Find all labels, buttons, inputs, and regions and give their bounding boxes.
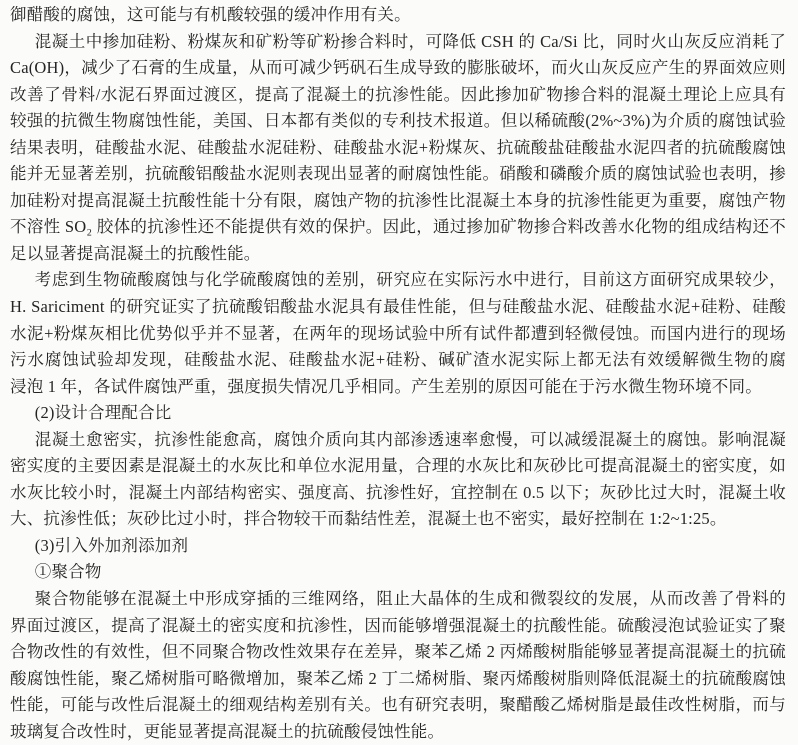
text-line: (3)引入外加剂添加剂 [10, 533, 786, 560]
text-line: 足以显著提高混凝土的抗酸性能。 [10, 241, 786, 268]
text-line: 加硅粉对提高混凝土抗酸性能十分有限，腐蚀产物的抗渗性比混凝土本身的抗渗性能更为重… [10, 188, 786, 215]
text-line: 性能，可能与改性后混凝土的细观结构差别有关。也有研究表明，聚醋酸乙烯树脂是最佳改… [10, 692, 786, 719]
text-line: 密实度的主要因素是混凝土的水灰比和单位水泥用量，合理的水灰比和灰砂比可提高混凝土… [10, 453, 786, 480]
text-line: 聚合物能够在混凝土中形成穿插的三维网络，阻止大晶体的生成和微裂纹的发展，从而改善… [10, 586, 786, 613]
text-line: 考虑到生物硫酸腐蚀与化学硫酸腐蚀的差别，研究应在实际污水中进行，目前这方面研究成… [10, 267, 786, 294]
text-line: ①聚合物 [10, 559, 786, 586]
scanned-document-page: 御醋酸的腐蚀，这可能与有机酸较强的缓冲作用有关。混凝土中掺加硅粉、粉煤灰和矿粉等… [0, 0, 798, 745]
text-line: 不溶性 SO₂ 胶体的抗渗性还不能提供有效的保护。因此，通过掺加矿物掺合料改善水… [10, 214, 786, 241]
text-line: 改善了骨料/水泥石界面过渡区，提高了混凝土的抗渗性能。因此掺加矿物掺合料的混凝土… [10, 82, 786, 109]
text-line: 界面过渡区，提高了混凝土的密实度和抗渗性，因而能够增强混凝土的抗酸性能。硫酸浸泡… [10, 613, 786, 640]
text-line: 酸腐蚀性能，聚乙烯树脂可略微增加，聚苯乙烯 2 丁二烯树脂、聚丙烯酸树脂则降低混… [10, 666, 786, 693]
text-line: 水泥+粉煤灰相比优势似乎并不显著，在两年的现场试验中所有试件都遭到轻微侵蚀。而国… [10, 321, 786, 348]
document-body-text: 御醋酸的腐蚀，这可能与有机酸较强的缓冲作用有关。混凝土中掺加硅粉、粉煤灰和矿粉等… [0, 0, 798, 745]
text-line: 结果表明，硅酸盐水泥、硅酸盐水泥硅粉、硅酸盐水泥+粉煤灰、抗硫酸盐硅酸盐水泥四者… [10, 135, 786, 162]
text-line: 混凝土愈密实，抗渗性能愈高，腐蚀介质向其内部渗透速率愈慢，可以减缓混凝土的腐蚀。… [10, 427, 786, 454]
text-line: 玻璃复合改性时，更能显著提高混凝土的抗硫酸侵蚀性能。 [10, 719, 786, 745]
text-line: 水灰比较小时，混凝土内部结构密实、强度高、抗渗性好，宜控制在 0.5 以下；灰砂… [10, 480, 786, 507]
text-line: (2)设计合理配合比 [10, 400, 786, 427]
text-line: 污水腐蚀试验却发现，硅酸盐水泥、硅酸盐水泥+硅粉、碱矿渣水泥实际上都无法有效缓解… [10, 347, 786, 374]
text-line: 大、抗渗性低；灰砂比过小时，拌合物较干而黏结性差，混凝土也不密实，最好控制在 1… [10, 506, 786, 533]
text-line: 合物改性的有效性，但不同聚合物改性效果存在差异，聚苯乙烯 2 丙烯酸树脂能够显著… [10, 639, 786, 666]
text-line: 能并无显著差别，抗硫酸铝酸盐水泥则表现出显著的耐腐蚀性能。硝酸和磷酸介质的腐蚀试… [10, 161, 786, 188]
text-line: 较强的抗微生物腐蚀性能，美国、日本都有类似的专利技术报道。但以稀硫酸(2%~3%… [10, 108, 786, 135]
text-line: 浸泡 1 年，各试件腐蚀严重，强度损失情况几乎相同。产生差别的原因可能在于污水微… [10, 374, 786, 401]
text-line: 混凝土中掺加硅粉、粉煤灰和矿粉等矿粉掺合料时，可降低 CSH 的 Ca/Si 比… [10, 29, 786, 56]
text-line: H. Sariciment 的研究证实了抗硫酸铝酸盐水泥具有最佳性能，但与硅酸盐… [10, 294, 786, 321]
text-line: Ca(OH)，减少了石膏的生成量，从而可减少钙矾石生成导致的膨胀破坏，而火山灰反… [10, 55, 786, 82]
text-line: 御醋酸的腐蚀，这可能与有机酸较强的缓冲作用有关。 [10, 2, 786, 29]
